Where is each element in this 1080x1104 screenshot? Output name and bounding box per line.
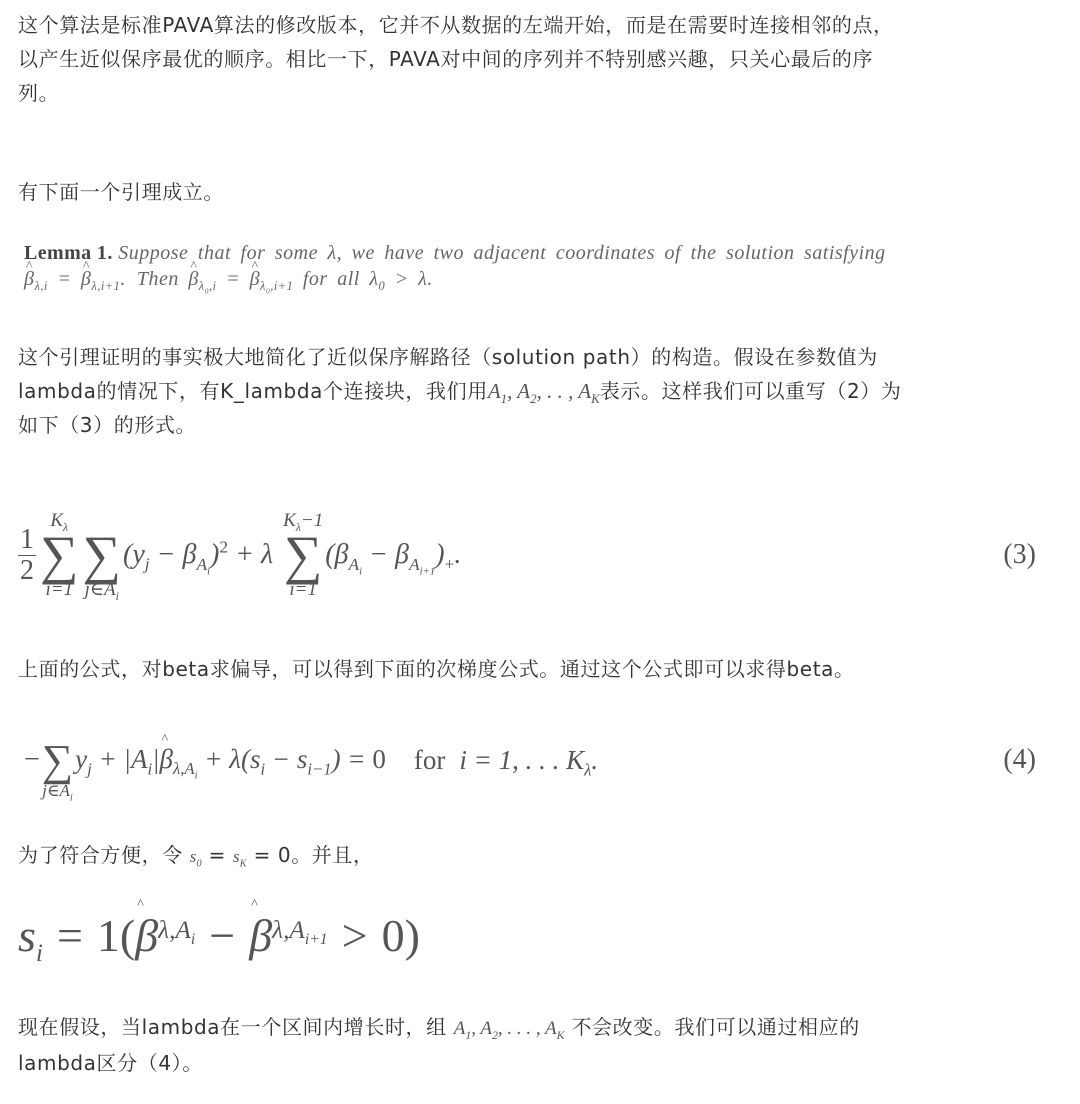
for-label: for: [414, 745, 445, 776]
equation-number: (3): [1003, 539, 1036, 571]
fraction-half: 12: [18, 525, 36, 586]
paragraph-pava-intro: 这个算法是标准PAVA算法的修改版本，它并不从数据的左端开始，而是在需要时连接相…: [18, 8, 1058, 110]
sum-symbol: Kλ∑i=1: [40, 511, 79, 599]
equation-sign-indicator: si = 1(βλ,Ai − βλ,Ai+1 > 0): [18, 895, 1058, 975]
paragraph-solution-path: 这个引理证明的事实极大地简化了近似保序解路径（solution path）的构造…: [18, 340, 1058, 442]
blocks-notation: A1, A2, . . . , AK: [454, 1018, 565, 1039]
sum-symbol: ∑j∈Ai: [42, 721, 73, 799]
paragraph-line: lambda的情况下，有K_lambda个连接块，我们用A1, A2, . . …: [18, 374, 1058, 408]
paragraph-line: lambda区分（4）。: [18, 1046, 1058, 1080]
equation-3: 12 Kλ∑i=1 ∑j∈Ai (yj − βAi)2 + λ Kλ−1∑i=1…: [18, 500, 1058, 610]
equation-4: − ∑j∈Ai yj + |Ai|βλ,Ai + λ(si − si−1) = …: [18, 715, 1058, 805]
lemma-line-1: Lemma 1. Suppose that for some λ, we hav…: [24, 240, 1049, 266]
paragraph-lemma-intro: 有下面一个引理成立。: [18, 175, 1058, 209]
sum-symbol: ∑j∈Ai: [83, 511, 122, 599]
equation-number: (4): [1003, 744, 1036, 776]
lemma-statement: Suppose that for some λ, we have two adj…: [118, 242, 885, 264]
lemma-block: Lemma 1. Suppose that for some λ, we hav…: [24, 240, 1049, 292]
paragraph-line: 以产生近似保序最优的顺序。相比一下，PAVA对中间的序列并不特别感兴趣，只关心最…: [18, 42, 1058, 76]
lemma-line-2: βλ,i = βλ,i+1. Then βλ0,i = βλ0,i+1 for …: [24, 266, 1049, 292]
paragraph-line: 列。: [18, 76, 1058, 110]
paragraph-line: 这个算法是标准PAVA算法的修改版本，它并不从数据的左端开始，而是在需要时连接相…: [18, 8, 1058, 42]
paragraph-subgradient: 上面的公式，对beta求偏导，可以得到下面的次梯度公式。通过这个公式即可以求得b…: [18, 652, 1058, 686]
paragraph-line: 现在假设，当lambda在一个区间内增长时，组 A1, A2, . . . , …: [18, 1010, 1058, 1046]
paragraph-lambda-interval: 现在假设，当lambda在一个区间内增长时，组 A1, A2, . . . , …: [18, 1010, 1058, 1080]
blocks-notation: A1, A2, . . , AK: [488, 379, 600, 403]
sum-symbol: Kλ−1∑i=1: [283, 511, 323, 599]
paragraph-line: 如下（3）的形式。: [18, 408, 1058, 442]
paragraph-line: 这个引理证明的事实极大地简化了近似保序解路径（solution path）的构造…: [18, 340, 1058, 374]
paragraph-convention: 为了符合方便，令 s0 = sK = 0。并且，: [18, 838, 1058, 874]
lemma-label: Lemma 1.: [24, 242, 113, 264]
